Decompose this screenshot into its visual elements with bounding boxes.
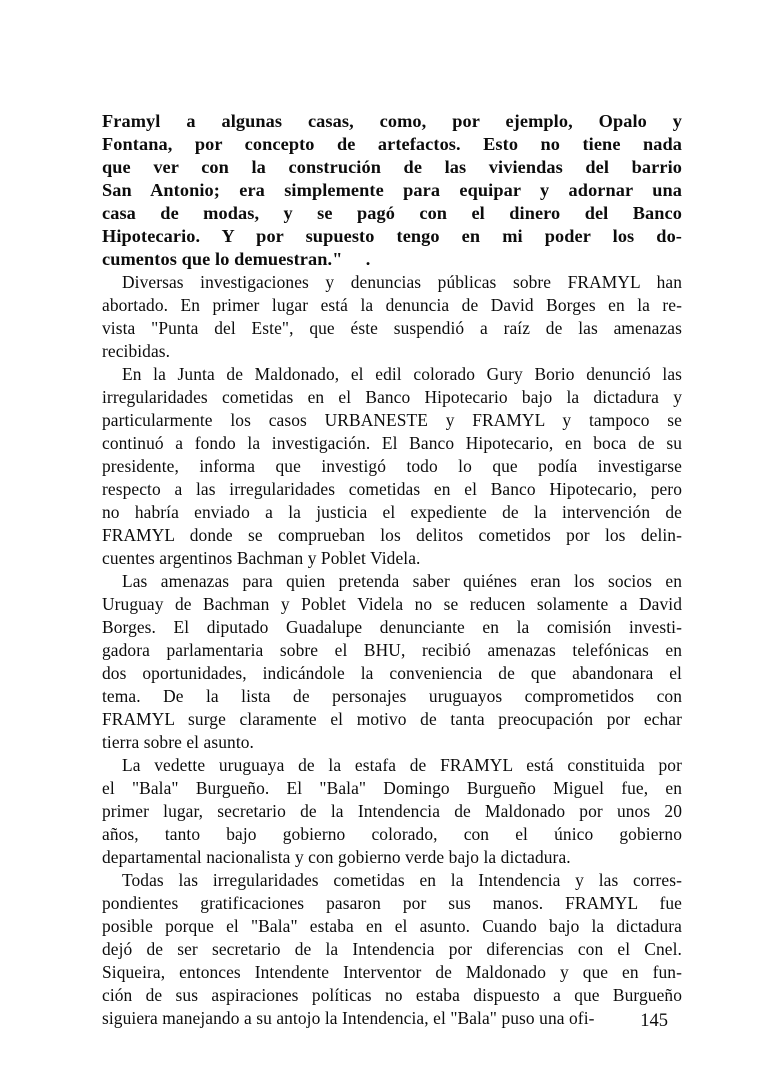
paragraph-vedette: La vedette uruguaya de la estafa de FRAM… xyxy=(102,754,682,869)
text-line: irregularidades cometidas en el Banco Hi… xyxy=(102,386,682,409)
quote-paragraph: Framyl a algunas casas, como, por ejempl… xyxy=(102,110,682,271)
text-line: tierra sobre el asunto. xyxy=(102,731,682,754)
text-line: casa de modas, y se pagó con el dinero d… xyxy=(102,202,682,225)
text-line: En la Junta de Maldonado, el edil colora… xyxy=(102,363,682,386)
text-line: tema. De la lista de personajes uruguayo… xyxy=(102,685,682,708)
text-line: que ver con la construción de las vivien… xyxy=(102,156,682,179)
text-line: presidente, informa que investigó todo l… xyxy=(102,455,682,478)
text-line: San Antonio; era simplemente para equipa… xyxy=(102,179,682,202)
text-line: Diversas investigaciones y denuncias púb… xyxy=(102,271,682,294)
text-line: FRAMYL donde se comprueban los delitos c… xyxy=(102,524,682,547)
text-line: abortado. En primer lugar está la denunc… xyxy=(102,294,682,317)
text-line: ción de sus aspiraciones políticas no es… xyxy=(102,984,682,1007)
text-block: Framyl a algunas casas, como, por ejempl… xyxy=(102,110,682,1030)
text-line: Uruguay de Bachman y Poblet Videla no se… xyxy=(102,593,682,616)
paragraph-investigations: Diversas investigaciones y denuncias púb… xyxy=(102,271,682,363)
text-line: primer lugar, secretario de la Intendenc… xyxy=(102,800,682,823)
text-line: continuó a fondo la investigación. El Ba… xyxy=(102,432,682,455)
text-line: FRAMYL surge claramente el motivo de tan… xyxy=(102,708,682,731)
text-line: dos oportunidades, indicándole la conven… xyxy=(102,662,682,685)
book-page: Framyl a algunas casas, como, por ejempl… xyxy=(0,0,782,1086)
text-line: dejó de ser secretario de la Intendencia… xyxy=(102,938,682,961)
text-line: no habría enviado a la justicia el exped… xyxy=(102,501,682,524)
text-line: pondientes gratificaciones pasaron por s… xyxy=(102,892,682,915)
text-line: particularmente los casos URBANESTE y FR… xyxy=(102,409,682,432)
text-line: recibidas. xyxy=(102,340,682,363)
text-line: Todas las irregularidades cometidas en l… xyxy=(102,869,682,892)
text-line: el "Bala" Burgueño. El "Bala" Domingo Bu… xyxy=(102,777,682,800)
text-line: Las amenazas para quien pretenda saber q… xyxy=(102,570,682,593)
page-number: 145 xyxy=(102,1009,668,1033)
text-line: Siqueira, entonces Intendente Intervento… xyxy=(102,961,682,984)
text-line: cumentos que lo demuestran." . xyxy=(102,248,682,271)
text-line: cuentes argentinos Bachman y Poblet Vide… xyxy=(102,547,682,570)
text-line: posible porque el "Bala" estaba en el as… xyxy=(102,915,682,938)
text-line: Borges. El diputado Guadalupe denunciant… xyxy=(102,616,682,639)
text-line: Framyl a algunas casas, como, por ejempl… xyxy=(102,110,682,133)
text-line: respecto a las irregularidades cometidas… xyxy=(102,478,682,501)
text-line: La vedette uruguaya de la estafa de FRAM… xyxy=(102,754,682,777)
text-line: Hipotecario. Y por supuesto tengo en mi … xyxy=(102,225,682,248)
text-line: años, tanto bajo gobierno colorado, con … xyxy=(102,823,682,846)
text-line: gadora parlamentaria sobre el BHU, recib… xyxy=(102,639,682,662)
paragraph-irregularidades: Todas las irregularidades cometidas en l… xyxy=(102,869,682,1030)
text-line: Fontana, por concepto de artefactos. Est… xyxy=(102,133,682,156)
text-line: departamental nacionalista y con gobiern… xyxy=(102,846,682,869)
paragraph-junta-maldonado: En la Junta de Maldonado, el edil colora… xyxy=(102,363,682,570)
text-line: vista "Punta del Este", que éste suspend… xyxy=(102,317,682,340)
paragraph-amenazas: Las amenazas para quien pretenda saber q… xyxy=(102,570,682,754)
